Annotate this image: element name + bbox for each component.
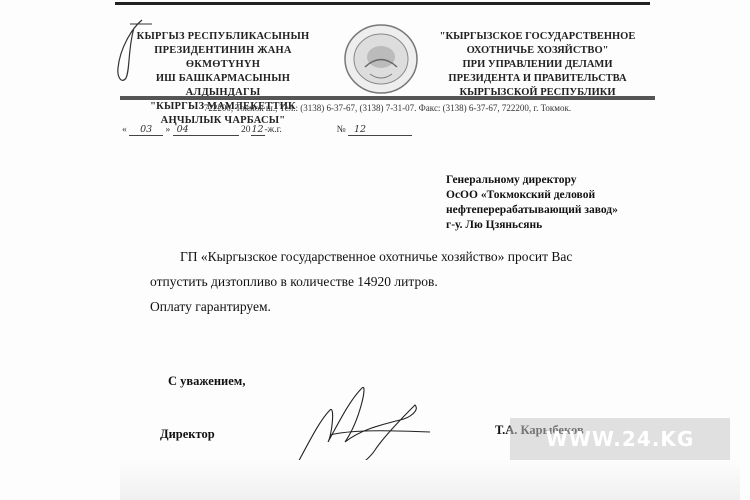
addressee-block: Генеральному директору ОсОО «Токмокский … (446, 173, 618, 233)
closing-salutation: С уважением, (168, 374, 245, 389)
addressee-line: нефтеперерабатывающий завод» (446, 203, 618, 218)
letterhead-right-line: ПРЕЗИДЕНТА И ПРАВИТЕЛЬСТВА (425, 72, 650, 86)
addressee-line: г-у. Лю Цзяньсянь (446, 218, 618, 233)
letterhead-left-line: КЫРГЫЗ РЕСПУБЛИКАСЫНЫН (118, 30, 328, 44)
letterhead-left: КЫРГЫЗ РЕСПУБЛИКАСЫНЫН ПРЕЗИДЕНТИНИН ЖАН… (118, 30, 328, 128)
site-watermark: WWW.24.KG (510, 418, 730, 460)
top-border-line (115, 2, 650, 5)
letterhead-right-line: "КЫРГЫЗСКОЕ ГОСУДАРСТВЕННОЕ (425, 30, 650, 44)
date-month: 04 (173, 124, 239, 136)
contact-address: 722200, Токмок ш., Тел.: (3138) 6-37-67,… (120, 103, 655, 113)
letterhead-right-line: ОХОТНИЧЬЕ ХОЗЯЙСТВО" (425, 44, 650, 58)
addressee-line: ОсОО «Токмокский деловой (446, 188, 618, 203)
date-year-prefix: 20 (241, 125, 251, 135)
letter-body: ГП «Кыргызское государственное охотничье… (150, 244, 572, 319)
letter-page: КЫРГЫЗ РЕСПУБЛИКАСЫНЫН ПРЕЗИДЕНТИНИН ЖАН… (0, 0, 750, 500)
body-paragraph-1-cont: отпустить дизтопливо в количестве 14920 … (150, 269, 572, 294)
letterhead-left-line: ПРЕЗИДЕНТИНИН ЖАНА ӨКМӨТҮНҮН (118, 44, 328, 72)
date-year-suffix: 12 (251, 124, 265, 136)
state-emblem-icon (340, 22, 422, 96)
date-year-label: -ж.г. (265, 125, 282, 135)
date-open-quote: « (122, 125, 127, 135)
doc-number: 12 (348, 124, 412, 136)
letterhead-right: "КЫРГЫЗСКОЕ ГОСУДАРСТВЕННОЕ ОХОТНИЧЬЕ ХО… (425, 30, 650, 100)
body-paragraph-1: ГП «Кыргызское государственное охотничье… (150, 244, 572, 269)
date-day: 03 (129, 124, 163, 136)
doc-number-label: № (337, 125, 346, 135)
body-paragraph-2: Оплату гарантируем. (150, 294, 572, 319)
handwritten-signature-icon (290, 380, 440, 470)
letterhead-divider (120, 96, 655, 100)
letterhead-right-line: ПРИ УПРАВЛЕНИИ ДЕЛАМИ (425, 58, 650, 72)
bleed-through-area (120, 460, 740, 500)
date-close-quote: » (166, 125, 171, 135)
addressee-line: Генеральному директору (446, 173, 618, 188)
date-number-line: « 03 » 04 2012-ж.г. № 12 (122, 124, 412, 136)
signatory-title: Директор (160, 427, 215, 442)
